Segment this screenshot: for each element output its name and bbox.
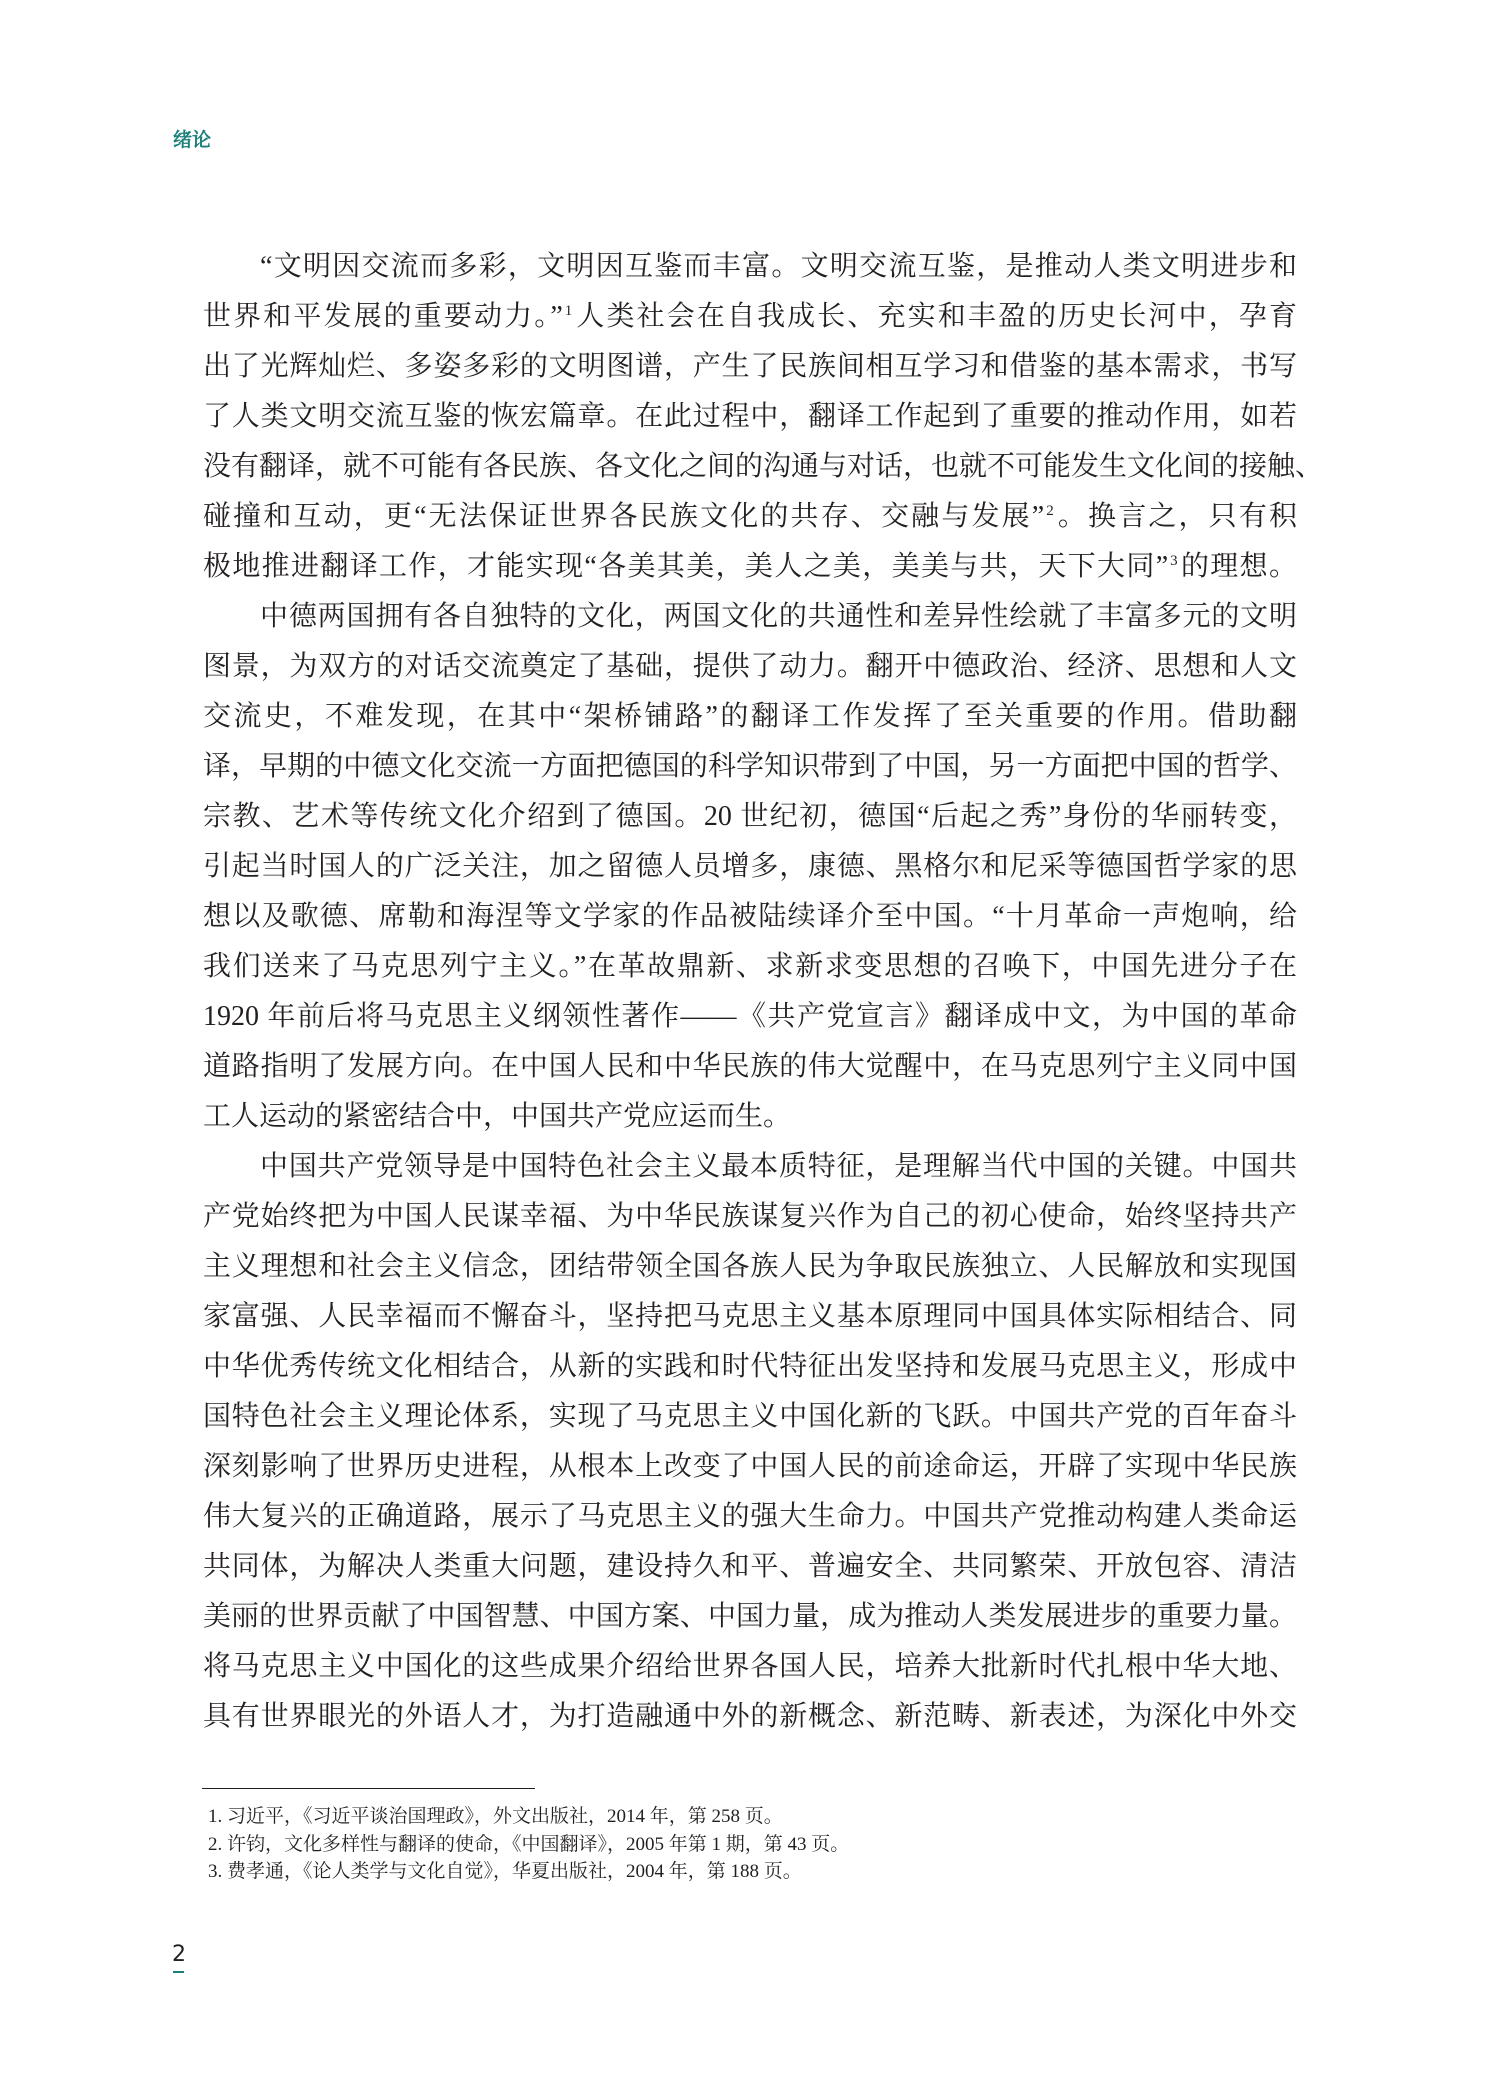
footnote-ref-2[interactable]: 2 <box>1046 503 1054 519</box>
text-line: 中德两国拥有各自独特的文化，两国文化的共通性和差异性绘就了丰富多元的文明 <box>203 592 1297 642</box>
page-number: 2 <box>172 1942 186 1968</box>
footnote-3: 3. 费孝通，《论人类学与文化自觉》，华夏出版社，2004 年，第 188 页。 <box>208 1858 849 1886</box>
text-line: 中国共产党领导是中国特色社会主义最本质特征，是理解当代中国的关键。中国共 <box>203 1142 1297 1192</box>
text-line: 图景，为双方的对话交流奠定了基础，提供了动力。翻开中德政治、经济、思想和人文 <box>203 642 1297 692</box>
text-line: 将马克思主义中国化的这些成果介绍给世界各国人民，培养大批新时代扎根中华大地、 <box>203 1642 1297 1692</box>
paragraph-3: 中国共产党领导是中国特色社会主义最本质特征，是理解当代中国的关键。中国共 产党始… <box>203 1142 1297 1742</box>
page-number-underline <box>173 1971 184 1973</box>
text-line: 家富强、人民幸福而不懈奋斗，坚持把马克思主义基本原理同中国具体实际相结合、同 <box>203 1292 1297 1342</box>
text-line: 主义理想和社会主义信念，团结带领全国各族人民为争取民族独立、人民解放和实现国 <box>203 1242 1297 1292</box>
running-head-title: 绪论 <box>173 128 211 152</box>
text-line: 了人类文明交流互鉴的恢宏篇章。在此过程中，翻译工作起到了重要的推动作用，如若 <box>203 392 1297 442</box>
text-line: 引起当时国人的广泛关注，加之留德人员增多，康德、黑格尔和尼采等德国哲学家的思 <box>203 842 1297 892</box>
text-line: 我们送来了马克思列宁主义。”在革故鼎新、求新求变思想的召唤下，中国先进分子在 <box>203 942 1297 992</box>
paragraph-1: “文明因交流而多彩，文明因互鉴而丰富。文明交流互鉴，是推动人类文明进步和 世界和… <box>203 242 1297 592</box>
text-segment: 碰撞和互动，更“无法保证世界各民族文化的共存、交融与发展” <box>203 501 1044 532</box>
footnote-divider <box>202 1788 535 1789</box>
text-line: 国特色社会主义理论体系，实现了马克思主义中国化新的飞跃。中国共产党的百年奋斗 <box>203 1392 1297 1442</box>
footnote-2: 2. 许钧，文化多样性与翻译的使命，《中国翻译》，2005 年第 1 期，第 4… <box>208 1831 849 1859</box>
footnote-1: 1. 习近平，《习近平谈治国理政》，外文出版社，2014 年，第 258 页。 <box>208 1803 849 1831</box>
paragraph-2: 中德两国拥有各自独特的文化，两国文化的共通性和差异性绘就了丰富多元的文明 图景，… <box>203 592 1297 1142</box>
text-line: 产党始终把为中国人民谋幸福、为中华民族谋复兴作为自己的初心使命，始终坚持共产 <box>203 1192 1297 1242</box>
text-line: 深刻影响了世界历史进程，从根本上改变了中国人民的前途命运，开辟了实现中华民族 <box>203 1442 1297 1492</box>
text-segment: 。换言之，只有积 <box>1056 501 1297 532</box>
text-line: 译，早期的中德文化交流一方面把德国的科学知识带到了中国，另一方面把中国的哲学、 <box>203 742 1297 792</box>
text-line: 宗教、艺术等传统文化介绍到了德国。20 世纪初，德国“后起之秀”身份的华丽转变， <box>203 792 1297 842</box>
footnotes: 1. 习近平，《习近平谈治国理政》，外文出版社，2014 年，第 258 页。 … <box>208 1803 849 1886</box>
body-text: “文明因交流而多彩，文明因互鉴而丰富。文明交流互鉴，是推动人类文明进步和 世界和… <box>203 242 1297 1742</box>
text-line: 共同体，为解决人类重大问题，建设持久和平、普遍安全、共同繁荣、开放包容、清洁 <box>203 1542 1297 1592</box>
text-line: 美丽的世界贡献了中国智慧、中国方案、中国力量，成为推动人类发展进步的重要力量。 <box>203 1592 1297 1642</box>
text-line: 碰撞和互动，更“无法保证世界各民族文化的共存、交融与发展”2。换言之，只有积 <box>203 492 1297 542</box>
text-line: 极地推进翻译工作，才能实现“各美其美，美人之美，美美与共，天下大同”3的理想。 <box>203 542 1297 592</box>
text-line: “文明因交流而多彩，文明因互鉴而丰富。文明交流互鉴，是推动人类文明进步和 <box>203 242 1297 292</box>
text-line: 出了光辉灿烂、多姿多彩的文明图谱，产生了民族间相互学习和借鉴的基本需求，书写 <box>203 342 1297 392</box>
text-line: 具有世界眼光的外语人才，为打造融通中外的新概念、新范畴、新表述，为深化中外交 <box>203 1692 1297 1742</box>
footnote-ref-3[interactable]: 3 <box>1170 553 1178 569</box>
text-line: 伟大复兴的正确道路，展示了马克思主义的强大生命力。中国共产党推动构建人类命运 <box>203 1492 1297 1542</box>
text-line: 中华优秀传统文化相结合，从新的实践和时代特征出发坚持和发展马克思主义，形成中 <box>203 1342 1297 1392</box>
footnote-ref-1[interactable]: 1 <box>565 303 573 319</box>
text-segment: 世界和平发展的重要动力。” <box>203 301 563 332</box>
text-line: 世界和平发展的重要动力。”1人类社会在自我成长、充实和丰盈的历史长河中，孕育 <box>203 292 1297 342</box>
text-line: 交流史，不难发现，在其中“架桥铺路”的翻译工作发挥了至关重要的作用。借助翻 <box>203 692 1297 742</box>
text-line: 道路指明了发展方向。在中国人民和中华民族的伟大觉醒中，在马克思列宁主义同中国 <box>203 1042 1297 1092</box>
text-segment: 的理想。 <box>1180 551 1297 582</box>
text-segment: 人类社会在自我成长、充实和丰盈的历史长河中，孕育 <box>574 301 1297 332</box>
text-line: 没有翻译，就不可能有各民族、各文化之间的沟通与对话，也就不可能发生文化间的接触、 <box>203 442 1297 492</box>
text-line: 想以及歌德、席勒和海涅等文学家的作品被陆续译介至中国。“十月革命一声炮响，给 <box>203 892 1297 942</box>
text-line: 1920 年前后将马克思主义纲领性著作——《共产党宣言》翻译成中文，为中国的革命 <box>203 992 1297 1042</box>
text-segment: 极地推进翻译工作，才能实现“各美其美，美人之美，美美与共，天下大同” <box>203 551 1168 582</box>
text-line: 工人运动的紧密结合中，中国共产党应运而生。 <box>203 1092 1297 1142</box>
